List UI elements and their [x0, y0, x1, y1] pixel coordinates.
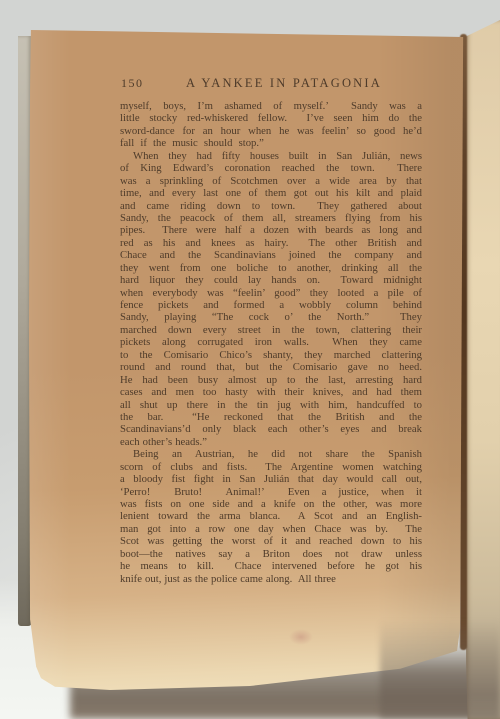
text-line: sword-dance for an hour when he was feel…: [120, 125, 422, 137]
text-line: man got into a row one day when Chace wa…: [120, 523, 422, 535]
text-line: fall if the music should stop.”: [120, 137, 422, 149]
text-line: boot—the natives say a Briton does not d…: [120, 548, 422, 560]
text-line: he means to kill. Chace intervened befor…: [120, 560, 422, 572]
text-line: of King Edward’s coronation reached the …: [120, 162, 422, 174]
text-line: was fists on one side and a knife on the…: [120, 498, 422, 510]
text-body: myself, boys, I’m ashamed of myself.’ Sa…: [120, 100, 422, 585]
text-line: myself, boys, I’m ashamed of myself.’ Sa…: [120, 100, 422, 112]
text-line: each other’s heads.”: [120, 436, 422, 448]
text-line: pickets along corrugated iron walls. Whe…: [120, 336, 422, 348]
facing-page-edge: [464, 20, 500, 719]
text-line: Scot was getting the worst of it and rea…: [120, 535, 422, 547]
text-line: little stocky red-whiskered fellow. I’ve…: [120, 112, 422, 124]
text-line: When they had fifty houses built in San …: [120, 150, 422, 162]
text-line: knife out, just as the police came along…: [120, 573, 422, 585]
text-line: the bar. “He reckoned that the British a…: [120, 411, 422, 423]
photo-of-open-book: { "colors": { "background": "#d2d4d2", "…: [0, 0, 500, 719]
text-line: Sandy, playing “The cock o’ the North.” …: [120, 311, 422, 323]
text-line: round and round that, but the Comisario …: [120, 361, 422, 373]
text-line: a bloody fist fight in San Julián that d…: [120, 473, 422, 485]
text-line: red as his and knees as hairy. The other…: [120, 237, 422, 249]
bottom-right-shade: [380, 620, 500, 719]
page-number: 150: [121, 76, 144, 91]
text-line: hard liquor they could lay hands on. Tow…: [120, 274, 422, 286]
text-line: fence pickets and formed a wobbly column…: [120, 299, 422, 311]
text-line: pipes. There were half a dozen with bear…: [120, 224, 422, 236]
running-title: A YANKEE IN PATAGONIA: [120, 76, 422, 91]
text-line: when everybody was “feelin’ good” they l…: [120, 287, 422, 299]
text-line: lenient toward the arma blanca. A Scot a…: [120, 510, 422, 522]
text-line: marched down every street in the town, c…: [120, 324, 422, 336]
printed-area: 150 A YANKEE IN PATAGONIA myself, boys, …: [120, 76, 422, 585]
page-blemish: [289, 629, 313, 645]
text-line: He had been busy almost up to the last, …: [120, 374, 422, 386]
text-line: Sandy, the peacock of them all, streamer…: [120, 212, 422, 224]
text-line: Scandinavians’d only black each other’s …: [120, 423, 422, 435]
text-line: time, and every last one of them got out…: [120, 187, 422, 199]
text-line: Chace and the Scandinavians joined the c…: [120, 249, 422, 261]
text-line: scorn of clubs and fists. The Argentine …: [120, 461, 422, 473]
text-line: ‘Perro! Bruto! Animal!’ Even a justice, …: [120, 486, 422, 498]
text-line: Being an Austrian, he did not share the …: [120, 448, 422, 460]
text-line: they went from one boliche to another, d…: [120, 262, 422, 274]
text-line: and came riding down to town. They gathe…: [120, 200, 422, 212]
text-line: to the Comisario Chico’s shanty, they ma…: [120, 349, 422, 361]
page-header: 150 A YANKEE IN PATAGONIA: [120, 76, 422, 91]
text-line: cases and men too hasty with their knive…: [120, 386, 422, 398]
text-line: was a sprinkling of Scotchmen over a wid…: [120, 175, 422, 187]
text-line: all shut up there in the tin jug with hi…: [120, 399, 422, 411]
book-page: 150 A YANKEE IN PATAGONIA myself, boys, …: [27, 29, 464, 692]
